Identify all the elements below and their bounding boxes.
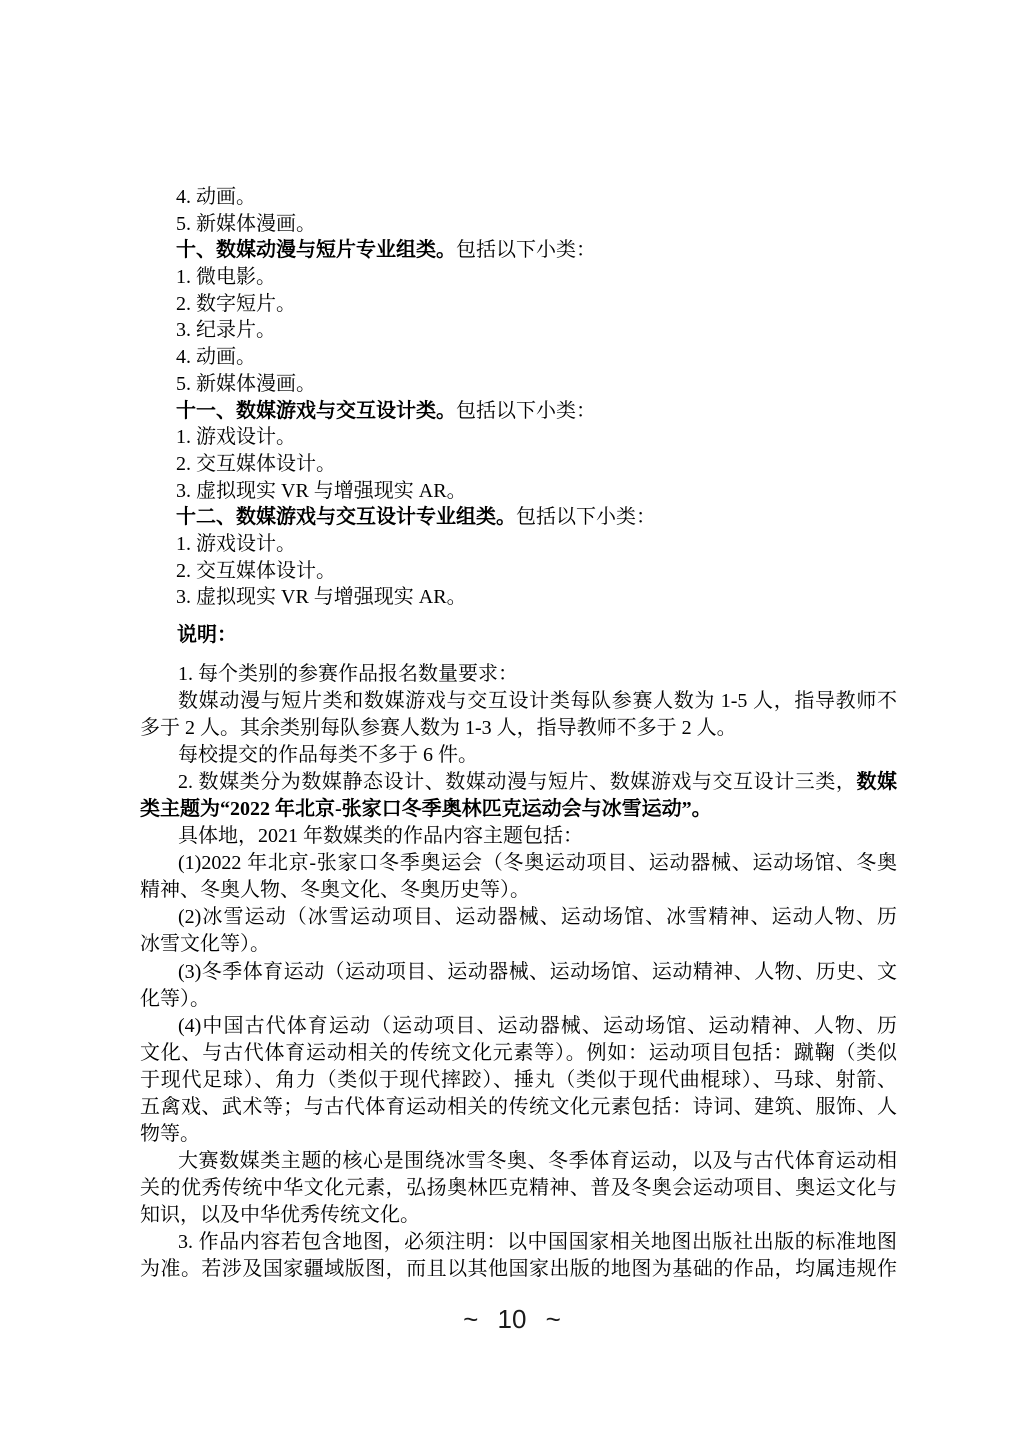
text: 关的优秀传统中华文化元素，弘扬奥林匹克精神、普及冬奥会运动项目、奥运文化与 [140, 1177, 897, 1199]
text-line: 物等。 [140, 1121, 897, 1148]
text-line: 十、数媒动漫与短片专业组类。包括以下小类： [140, 237, 897, 264]
bold-text: 数媒 [856, 771, 897, 793]
text-line: 十一、数媒游戏与交互设计类。包括以下小类： [140, 398, 897, 425]
text: 冰雪文化等）。 [140, 933, 270, 955]
text-line: 4. 动画。 [140, 184, 897, 211]
notes-heading: 说明： [177, 622, 237, 649]
text: 2. 交互媒体设计。 [176, 453, 336, 475]
text: 每校提交的作品每类不多于 6 件。 [178, 744, 478, 766]
text: (2)冰雪运动（冰雪运动项目、运动器械、运动场馆、冰雪精神、运动人物、历史、 [178, 906, 897, 931]
text: 1. 微电影。 [176, 266, 276, 288]
text: 数媒动漫与短片类和数媒游戏与交互设计类每队参赛人数为 1-5 人，指导教师不 [178, 690, 897, 712]
text: 4. 动画。 [176, 186, 256, 208]
page-number: ~ 10 ~ [0, 1304, 1024, 1334]
text: 1. 游戏设计。 [176, 426, 296, 448]
text-line: 4. 动画。 [140, 344, 897, 371]
text-line: 类主题为“2022 年北京-张家口冬季奥林匹克运动会与冰雪运动”。 [140, 796, 897, 823]
text: 具体地，2021 年数媒类的作品内容主题包括： [178, 825, 583, 847]
text: 1. 每个类别的参赛作品报名数量要求： [178, 663, 518, 685]
text-line: 精神、冬奥人物、冬奥文化、冬奥历史等）。 [140, 877, 897, 904]
heading-bold-text: 十、数媒动漫与短片专业组类。 [176, 239, 456, 261]
text-line: 大赛数媒类主题的核心是围绕冰雪冬奥、冬季体育运动，以及与古代体育运动相 [140, 1148, 897, 1175]
text-line: 3. 虚拟现实 VR 与增强现实 AR。 [140, 478, 897, 505]
text: 为准。若涉及国家疆域版图，而且以其他国家出版的地图为基础的作品，均属违规作 [140, 1258, 897, 1280]
text: 5. 新媒体漫画。 [176, 373, 316, 395]
text: 3. 虚拟现实 VR 与增强现实 AR。 [176, 586, 467, 608]
text-line: 知识，以及中华优秀传统文化。 [140, 1202, 897, 1229]
text-line: 1. 每个类别的参赛作品报名数量要求： [140, 661, 897, 688]
heading-bold-text: 十二、数媒游戏与交互设计专业组类。 [176, 506, 516, 528]
text: 5. 新媒体漫画。 [176, 213, 316, 235]
text-line: 五禽戏、武术等；与古代体育运动相关的传统文化元素包括：诗词、建筑、服饰、人 [140, 1094, 897, 1121]
text-line: 2. 数字短片。 [140, 291, 897, 318]
text-line: 十二、数媒游戏与交互设计专业组类。包括以下小类： [140, 504, 897, 531]
text: 精神、冬奥人物、冬奥文化、冬奥历史等）。 [140, 879, 530, 901]
text: (1)2022 年北京-张家口冬季奥运会（冬奥运动项目、运动器械、运动场馆、冬奥 [178, 852, 897, 874]
text-line: (4)中国古代体育运动（运动项目、运动器械、运动场馆、运动精神、人物、历史、 [140, 1013, 897, 1040]
text-line: 化等）。 [140, 986, 897, 1013]
text: 包括以下小类： [456, 400, 596, 422]
text: 1. 游戏设计。 [176, 533, 296, 555]
category-list: 4. 动画。5. 新媒体漫画。十、数媒动漫与短片专业组类。包括以下小类：1. 微… [140, 184, 897, 611]
text-line: (1)2022 年北京-张家口冬季奥运会（冬奥运动项目、运动器械、运动场馆、冬奥 [140, 850, 897, 877]
text: 3. 虚拟现实 VR 与增强现实 AR。 [176, 480, 467, 502]
text-line: 具体地，2021 年数媒类的作品内容主题包括： [140, 823, 897, 850]
text: 知识，以及中华优秀传统文化。 [140, 1204, 420, 1226]
text-line: 为准。若涉及国家疆域版图，而且以其他国家出版的地图为基础的作品，均属违规作 [140, 1256, 897, 1283]
text-line: 5. 新媒体漫画。 [140, 371, 897, 398]
text-line: 1. 游戏设计。 [140, 424, 897, 451]
text-line: 冰雪文化等）。 [140, 931, 897, 958]
text-line: 5. 新媒体漫画。 [140, 211, 897, 238]
text: 包括以下小类： [456, 239, 596, 261]
text-line: 数媒动漫与短片类和数媒游戏与交互设计类每队参赛人数为 1-5 人，指导教师不 [140, 688, 897, 715]
text: 于现代足球）、角力（类似于现代摔跤）、捶丸（类似于现代曲棍球）、马球、射箭、 [140, 1069, 897, 1091]
text-line: 2. 交互媒体设计。 [140, 558, 897, 585]
text-line: 2. 数媒类分为数媒静态设计、数媒动漫与短片、数媒游戏与交互设计三类，数媒 [140, 769, 897, 796]
text-line: 3. 作品内容若包含地图，必须注明：以中国国家相关地图出版社出版的标准地图 [140, 1229, 897, 1256]
text: 3. 作品内容若包含地图，必须注明：以中国国家相关地图出版社出版的标准地图 [178, 1231, 897, 1253]
text-line: 1. 微电影。 [140, 264, 897, 291]
text-line: 于现代足球）、角力（类似于现代摔跤）、捶丸（类似于现代曲棍球）、马球、射箭、 [140, 1067, 897, 1094]
text: 文化、与古代体育运动相关的传统文化元素等）。例如：运动项目包括：蹴鞠（类似 [140, 1042, 897, 1064]
text-line: 关的优秀传统中华文化元素，弘扬奥林匹克精神、普及冬奥会运动项目、奥运文化与 [140, 1175, 897, 1202]
bold-text: 类主题为“2022 年北京-张家口冬季奥林匹克运动会与冰雪运动”。 [140, 798, 712, 820]
text: (4)中国古代体育运动（运动项目、运动器械、运动场馆、运动精神、人物、历史、 [178, 1015, 897, 1040]
text: 化等）。 [140, 988, 210, 1010]
text: (3)冬季体育运动（运动项目、运动器械、运动场馆、运动精神、人物、历史、文 [178, 961, 897, 983]
text: 3. 纪录片。 [176, 319, 276, 341]
text: 2. 交互媒体设计。 [176, 560, 336, 582]
text: 2. 数媒类分为数媒静态设计、数媒动漫与短片、数媒游戏与交互设计三类， [178, 771, 856, 793]
notes-body: 1. 每个类别的参赛作品报名数量要求：数媒动漫与短片类和数媒游戏与交互设计类每队… [140, 661, 897, 1283]
text-line: 3. 纪录片。 [140, 317, 897, 344]
text-line: 1. 游戏设计。 [140, 531, 897, 558]
text: 大赛数媒类主题的核心是围绕冰雪冬奥、冬季体育运动，以及与古代体育运动相 [178, 1150, 897, 1172]
text-line: (3)冬季体育运动（运动项目、运动器械、运动场馆、运动精神、人物、历史、文 [140, 959, 897, 986]
text: 4. 动画。 [176, 346, 256, 368]
document-page: 4. 动画。5. 新媒体漫画。十、数媒动漫与短片专业组类。包括以下小类：1. 微… [0, 0, 1024, 1449]
heading-bold-text: 十一、数媒游戏与交互设计类。 [176, 400, 456, 422]
text-line: 文化、与古代体育运动相关的传统文化元素等）。例如：运动项目包括：蹴鞠（类似 [140, 1040, 897, 1067]
text-line: 3. 虚拟现实 VR 与增强现实 AR。 [140, 584, 897, 611]
text: 物等。 [140, 1123, 200, 1145]
text-line: 多于 2 人。其余类别每队参赛人数为 1-3 人，指导教师不多于 2 人。 [140, 715, 897, 742]
text: 五禽戏、武术等；与古代体育运动相关的传统文化元素包括：诗词、建筑、服饰、人 [140, 1096, 897, 1118]
text-line: (2)冰雪运动（冰雪运动项目、运动器械、运动场馆、冰雪精神、运动人物、历史、 [140, 904, 897, 931]
text: 多于 2 人。其余类别每队参赛人数为 1-3 人，指导教师不多于 2 人。 [140, 717, 737, 739]
text: 包括以下小类： [516, 506, 656, 528]
text: 2. 数字短片。 [176, 293, 296, 315]
text-line: 2. 交互媒体设计。 [140, 451, 897, 478]
text-line: 每校提交的作品每类不多于 6 件。 [140, 742, 897, 769]
